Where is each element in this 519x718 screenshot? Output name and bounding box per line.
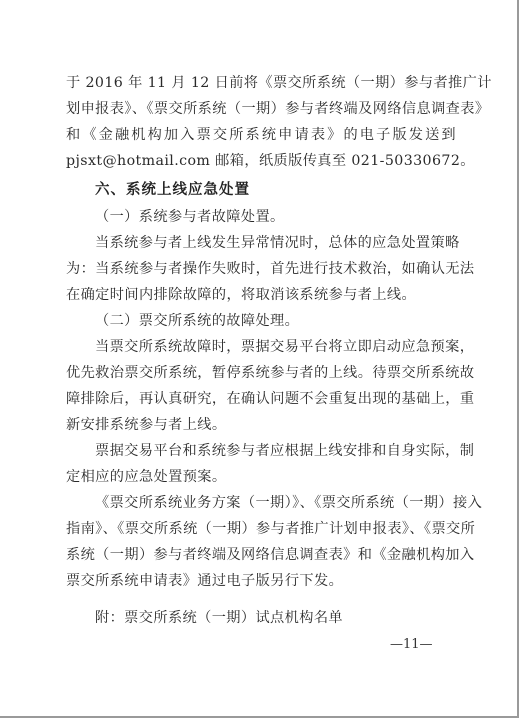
body-text-line: 优先救治票交所系统，暂停系统参与者的上线。待票交所系统故 [66,363,456,383]
body-text-line: 为：当系统参与者操作失败时，首先进行技术救治，如确认无法 [66,259,456,279]
body-text-line: 和《金融机构加入票交所系统申请表》的电子版发送到 [66,125,456,145]
body-text-line: 系统（一期）参与者终端及网络信息调查表》和《金融机构加入 [66,545,456,565]
body-text-line: 当票交所系统故障时，票据交易平台将立即启动应急预案， [95,337,456,357]
body-text-line: 票据交易平台和系统参与者应根据上线安排和自身实际，制 [95,441,456,461]
attachment-note: 附：票交所系统（一期）试点机构名单 [95,608,456,628]
body-text-line: 当系统参与者上线发生异常情况时，总体的应急处置策略 [95,233,456,253]
subsection-heading-2: （二）票交所系统的故障处理。 [95,311,456,331]
section-heading: 六、系统上线应急处置 [95,180,456,200]
body-text-line: 在确定时间内排除故障的，将取消该系统参与者上线。 [66,285,456,305]
body-text-line: 于 2016 年 11 月 12 日前将《票交所系统（一期）参与者推广计 [66,73,456,93]
body-text-line: 定相应的应急处置预案。 [66,467,456,487]
subsection-heading-1: （一）系统参与者故障处置。 [95,207,456,227]
document-page: 于 2016 年 11 月 12 日前将《票交所系统（一期）参与者推广计 划申报… [0,0,519,718]
body-text-line: 划申报表》、《票交所系统（一期）参与者终端及网络信息调查表》 [66,99,456,119]
body-text-line: 障排除后，再认真研究，在确认问题不会重复出现的基础上，重 [66,389,456,409]
body-text-line: 《票交所系统业务方案（一期）》、《票交所系统（一期）接入 [95,493,456,513]
body-text-line: pjsxt@hotmail.com 邮箱，纸质版传真至 021-50330672… [66,151,456,171]
body-text-line: 新安排系统参与者上线。 [66,415,456,435]
body-text-line: 票交所系统申请表》通过电子版另行下发。 [66,571,456,591]
body-text-line: 指南》、《票交所系统（一期）参与者推广计划申报表》、《票交所 [66,519,456,539]
page-number: —11— [390,637,433,653]
